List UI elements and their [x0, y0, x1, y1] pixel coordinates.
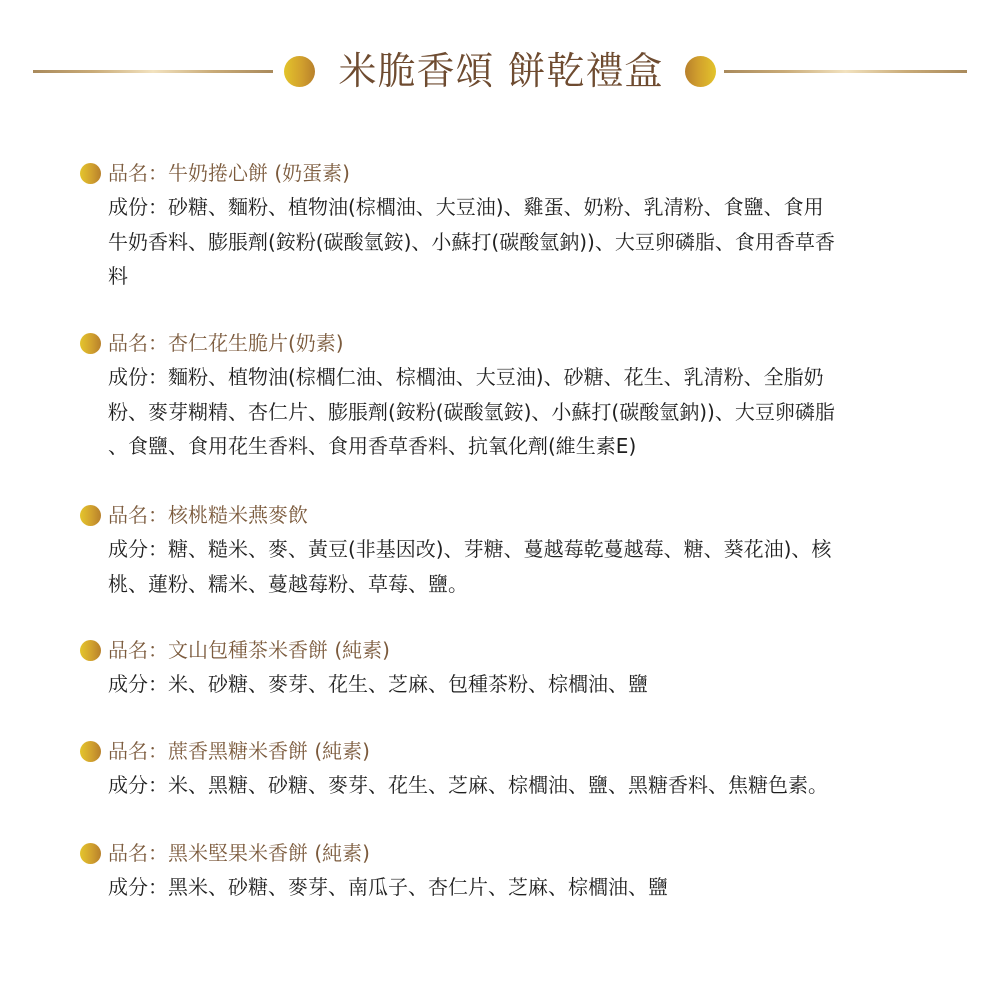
- bullet-dot-icon: [80, 505, 101, 526]
- gold-dot-icon: [685, 56, 716, 87]
- product-entry: 品名：牛奶捲心餅 (奶蛋素) 成份：砂糖、麵粉、植物油(棕櫚油、大豆油)、雞蛋、…: [80, 156, 910, 294]
- ingredients-line: 成份：麵粉、植物油(棕櫚仁油、棕櫚油、大豆油)、砂糖、花生、乳清粉、全脂奶: [108, 360, 910, 395]
- product-entry: 品名：黑米堅果米香餅 (純素) 成分：黑米、砂糖、麥芽、南瓜子、杏仁片、芝麻、棕…: [80, 836, 910, 905]
- gold-dot-icon: [284, 56, 315, 87]
- ingredients-line: 粉、麥芽糊精、杏仁片、膨脹劑(銨粉(碳酸氫銨)、小蘇打(碳酸氫鈉))、大豆卵磷脂: [108, 395, 910, 430]
- ingredients-line: 、食鹽、食用花生香料、食用香草香料、抗氧化劑(維生素E): [108, 429, 910, 464]
- product-name-row: 品名：牛奶捲心餅 (奶蛋素): [80, 156, 910, 190]
- bullet-dot-icon: [80, 333, 101, 354]
- bullet-dot-icon: [80, 640, 101, 661]
- bullet-dot-icon: [80, 843, 101, 864]
- ingredients-line: 成分：米、砂糖、麥芽、花生、芝麻、包種茶粉、棕櫚油、鹽: [108, 667, 910, 702]
- product-name: 品名：文山包種茶米香餅 (純素): [108, 633, 390, 667]
- product-name-row: 品名：杏仁花生脆片(奶素): [80, 326, 910, 360]
- product-name-row: 品名：蔗香黑糖米香餅 (純素): [80, 734, 910, 768]
- decorative-line-left: [33, 70, 273, 73]
- ingredients-line: 成分：黑米、砂糖、麥芽、南瓜子、杏仁片、芝麻、棕櫚油、鹽: [108, 870, 910, 905]
- ingredients-line: 成份：砂糖、麵粉、植物油(棕櫚油、大豆油)、雞蛋、奶粉、乳清粉、食鹽、食用: [108, 190, 910, 225]
- ingredients-line: 桃、蓮粉、糯米、蔓越莓粉、草莓、鹽。: [108, 567, 910, 602]
- product-ingredients: 成份：麵粉、植物油(棕櫚仁油、棕櫚油、大豆油)、砂糖、花生、乳清粉、全脂奶 粉、…: [108, 360, 910, 464]
- product-ingredients: 成分：米、黑糖、砂糖、麥芽、花生、芝麻、棕櫚油、鹽、黑糖香料、焦糖色素。: [108, 768, 910, 803]
- product-name-row: 品名：文山包種茶米香餅 (純素): [80, 633, 910, 667]
- product-entry: 品名：蔗香黑糖米香餅 (純素) 成分：米、黑糖、砂糖、麥芽、花生、芝麻、棕櫚油、…: [80, 734, 910, 803]
- bullet-dot-icon: [80, 163, 101, 184]
- product-name: 品名：黑米堅果米香餅 (純素): [108, 836, 370, 870]
- product-name: 品名：蔗香黑糖米香餅 (純素): [108, 734, 370, 768]
- page-title: 米脆香頌 餅乾禮盒: [322, 44, 680, 98]
- product-name: 品名：核桃糙米燕麥飲: [108, 498, 308, 532]
- product-entry: 品名：文山包種茶米香餅 (純素) 成分：米、砂糖、麥芽、花生、芝麻、包種茶粉、棕…: [80, 633, 910, 702]
- ingredients-line: 牛奶香料、膨脹劑(銨粉(碳酸氫銨)、小蘇打(碳酸氫鈉))、大豆卵磷脂、食用香草香: [108, 225, 910, 260]
- ingredients-line: 成分：米、黑糖、砂糖、麥芽、花生、芝麻、棕櫚油、鹽、黑糖香料、焦糖色素。: [108, 768, 910, 803]
- page-header: 米脆香頌 餅乾禮盒: [0, 40, 1000, 102]
- product-name: 品名：牛奶捲心餅 (奶蛋素): [108, 156, 350, 190]
- product-entry: 品名：核桃糙米燕麥飲 成分：糖、糙米、麥、黃豆(非基因改)、芽糖、蔓越莓乾蔓越莓…: [80, 498, 910, 601]
- product-name: 品名：杏仁花生脆片(奶素): [108, 326, 344, 360]
- product-entry: 品名：杏仁花生脆片(奶素) 成份：麵粉、植物油(棕櫚仁油、棕櫚油、大豆油)、砂糖…: [80, 326, 910, 464]
- decorative-line-right: [724, 70, 967, 73]
- product-name-row: 品名：核桃糙米燕麥飲: [80, 498, 910, 532]
- product-ingredients: 成分：米、砂糖、麥芽、花生、芝麻、包種茶粉、棕櫚油、鹽: [108, 667, 910, 702]
- product-ingredients: 成分：糖、糙米、麥、黃豆(非基因改)、芽糖、蔓越莓乾蔓越莓、糖、葵花油)、核 桃…: [108, 532, 910, 601]
- ingredients-line: 成分：糖、糙米、麥、黃豆(非基因改)、芽糖、蔓越莓乾蔓越莓、糖、葵花油)、核: [108, 532, 910, 567]
- product-ingredients: 成分：黑米、砂糖、麥芽、南瓜子、杏仁片、芝麻、棕櫚油、鹽: [108, 870, 910, 905]
- bullet-dot-icon: [80, 741, 101, 762]
- product-name-row: 品名：黑米堅果米香餅 (純素): [80, 836, 910, 870]
- product-ingredients: 成份：砂糖、麵粉、植物油(棕櫚油、大豆油)、雞蛋、奶粉、乳清粉、食鹽、食用 牛奶…: [108, 190, 910, 294]
- ingredients-line: 料: [108, 259, 910, 294]
